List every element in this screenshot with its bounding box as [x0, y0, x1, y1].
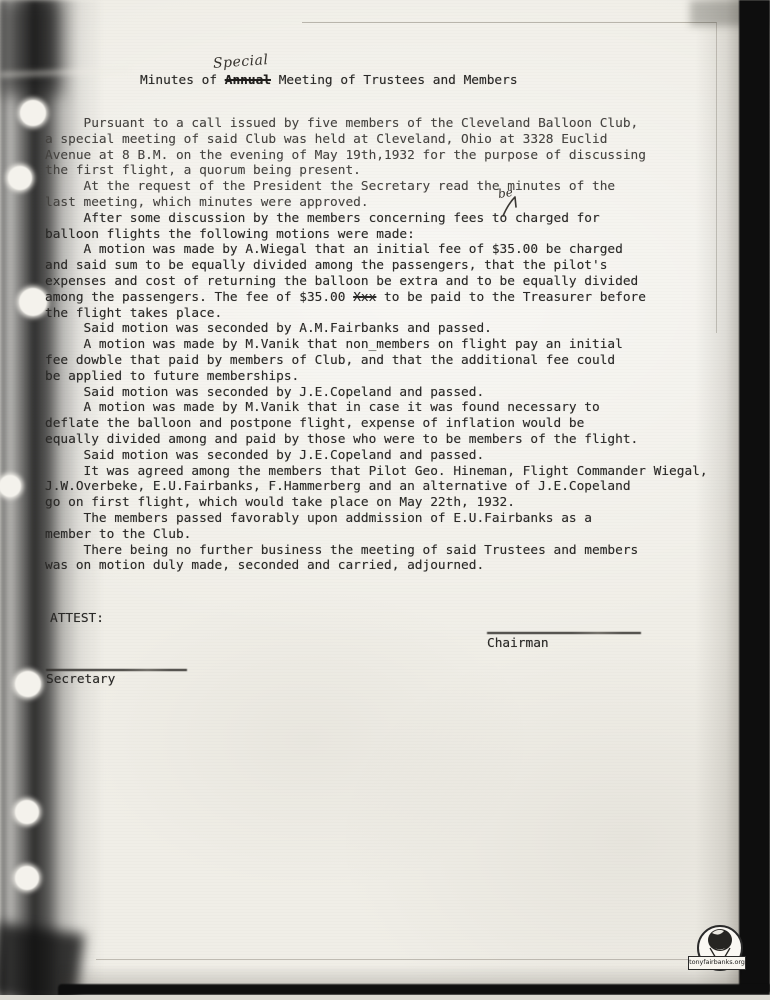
line-segment: among the passengers. The fee of $35.00: [45, 290, 353, 305]
scan-bottom-black-border: [58, 984, 770, 995]
insertion-caret-icon: [500, 194, 518, 222]
body-line: last meeting, which minutes were approve…: [45, 195, 737, 211]
title-suffix: Meeting of Trustees and Members: [271, 73, 518, 88]
body-line: equally divided among and paid by those …: [45, 432, 737, 448]
body-line: It was agreed among the members that Pil…: [45, 464, 737, 480]
body-line: Said motion was seconded by A.M.Fairbank…: [45, 321, 737, 337]
secretary-label: Secretary: [46, 672, 115, 687]
secretary-signature-line: [46, 669, 187, 671]
punch-hole: [15, 800, 39, 824]
body-line: There being no further business the meet…: [45, 543, 737, 559]
line-segment: After some discussion by the members con…: [45, 211, 507, 226]
document-body: Pursuant to a call issued by five member…: [45, 116, 737, 574]
struck-text: Xxx: [353, 290, 376, 305]
punch-hole: [15, 671, 41, 697]
body-line: Said motion was seconded by J.E.Copeland…: [45, 385, 737, 401]
punch-hole: [0, 475, 21, 497]
title-struck-word: Annual: [217, 73, 271, 88]
body-line: go on first flight, which would take pla…: [45, 495, 737, 511]
document-title: Minutes of Annual Meeting of Trustees an…: [140, 73, 518, 88]
watermark-logo: [691, 919, 751, 985]
watermark-text: tonyfairbanks.org: [688, 956, 746, 970]
body-line: the first flight, a quorum being present…: [45, 163, 737, 179]
scan-right-black-border: [739, 0, 770, 992]
body-line: balloon flights the following motions we…: [45, 227, 737, 243]
body-line: be applied to future memberships.: [45, 369, 737, 385]
title-prefix: Minutes of: [140, 73, 225, 88]
body-line: Said motion was seconded by J.E.Copeland…: [45, 448, 737, 464]
handwritten-special-annotation: Special: [213, 52, 269, 72]
body-line: At the request of the President the Secr…: [45, 179, 737, 195]
page-bottom-edge-line: [96, 959, 736, 960]
body-line: fee dowble that paid by members of Club,…: [45, 353, 737, 369]
chairman-label: Chairman: [487, 636, 549, 651]
body-line: deflate the balloon and postpone flight,…: [45, 416, 737, 432]
body-line: A motion was made by M.Vanik that non_me…: [45, 337, 737, 353]
punch-hole: [15, 866, 39, 890]
body-line: After some discussion by the members con…: [45, 211, 737, 227]
body-line: among the passengers. The fee of $35.00 …: [45, 290, 737, 306]
line-segment: to be paid to the Treasurer before: [376, 290, 646, 305]
body-line: the flight takes place.: [45, 306, 737, 322]
body-line: expenses and cost of returning the ballo…: [45, 274, 737, 290]
body-line: Avenue at 8 B.M. on the evening of May 1…: [45, 148, 737, 164]
scan-bottom-shading: [60, 965, 740, 984]
body-line: and said sum to be equally divided among…: [45, 258, 737, 274]
scan-top-left-dark-corner: [0, 0, 62, 95]
attest-label: ATTEST:: [50, 611, 104, 626]
body-line: Pursuant to a call issued by five member…: [45, 116, 737, 132]
body-line: a special meeting of said Club was held …: [45, 132, 737, 148]
body-line: member to the Club.: [45, 527, 737, 543]
body-line: A motion was made by A.Wiegal that an in…: [45, 242, 737, 258]
body-line: J.W.Overbeke, E.U.Fairbanks, F.Hammerber…: [45, 479, 737, 495]
body-line: The members passed favorably upon addmis…: [45, 511, 737, 527]
punch-hole: [8, 166, 32, 190]
line-segment: charged for: [507, 211, 599, 226]
scan-bottom-margin: [0, 995, 770, 1000]
punch-hole: [19, 288, 47, 316]
punch-hole: [20, 100, 46, 126]
body-line: was on motion duly made, seconded and ca…: [45, 558, 737, 574]
body-line: A motion was made by M.Vanik that in cas…: [45, 400, 737, 416]
chairman-signature-line: [487, 632, 641, 634]
